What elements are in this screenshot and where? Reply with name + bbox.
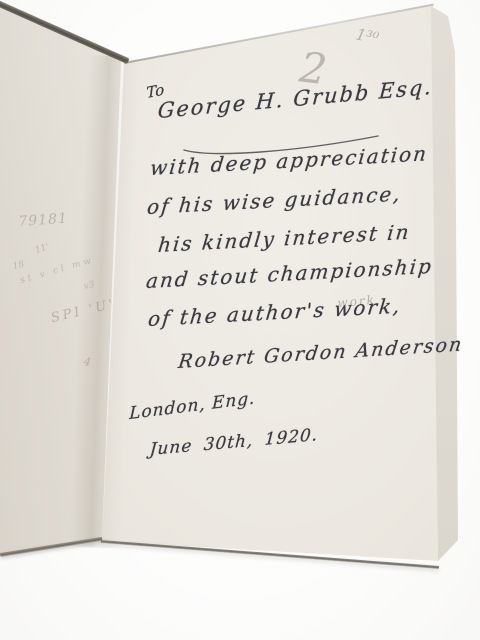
open-book-photo: 79181 11' 18 st v cl mw v3 SPI 'U' 4 2 1… [0, 0, 480, 640]
